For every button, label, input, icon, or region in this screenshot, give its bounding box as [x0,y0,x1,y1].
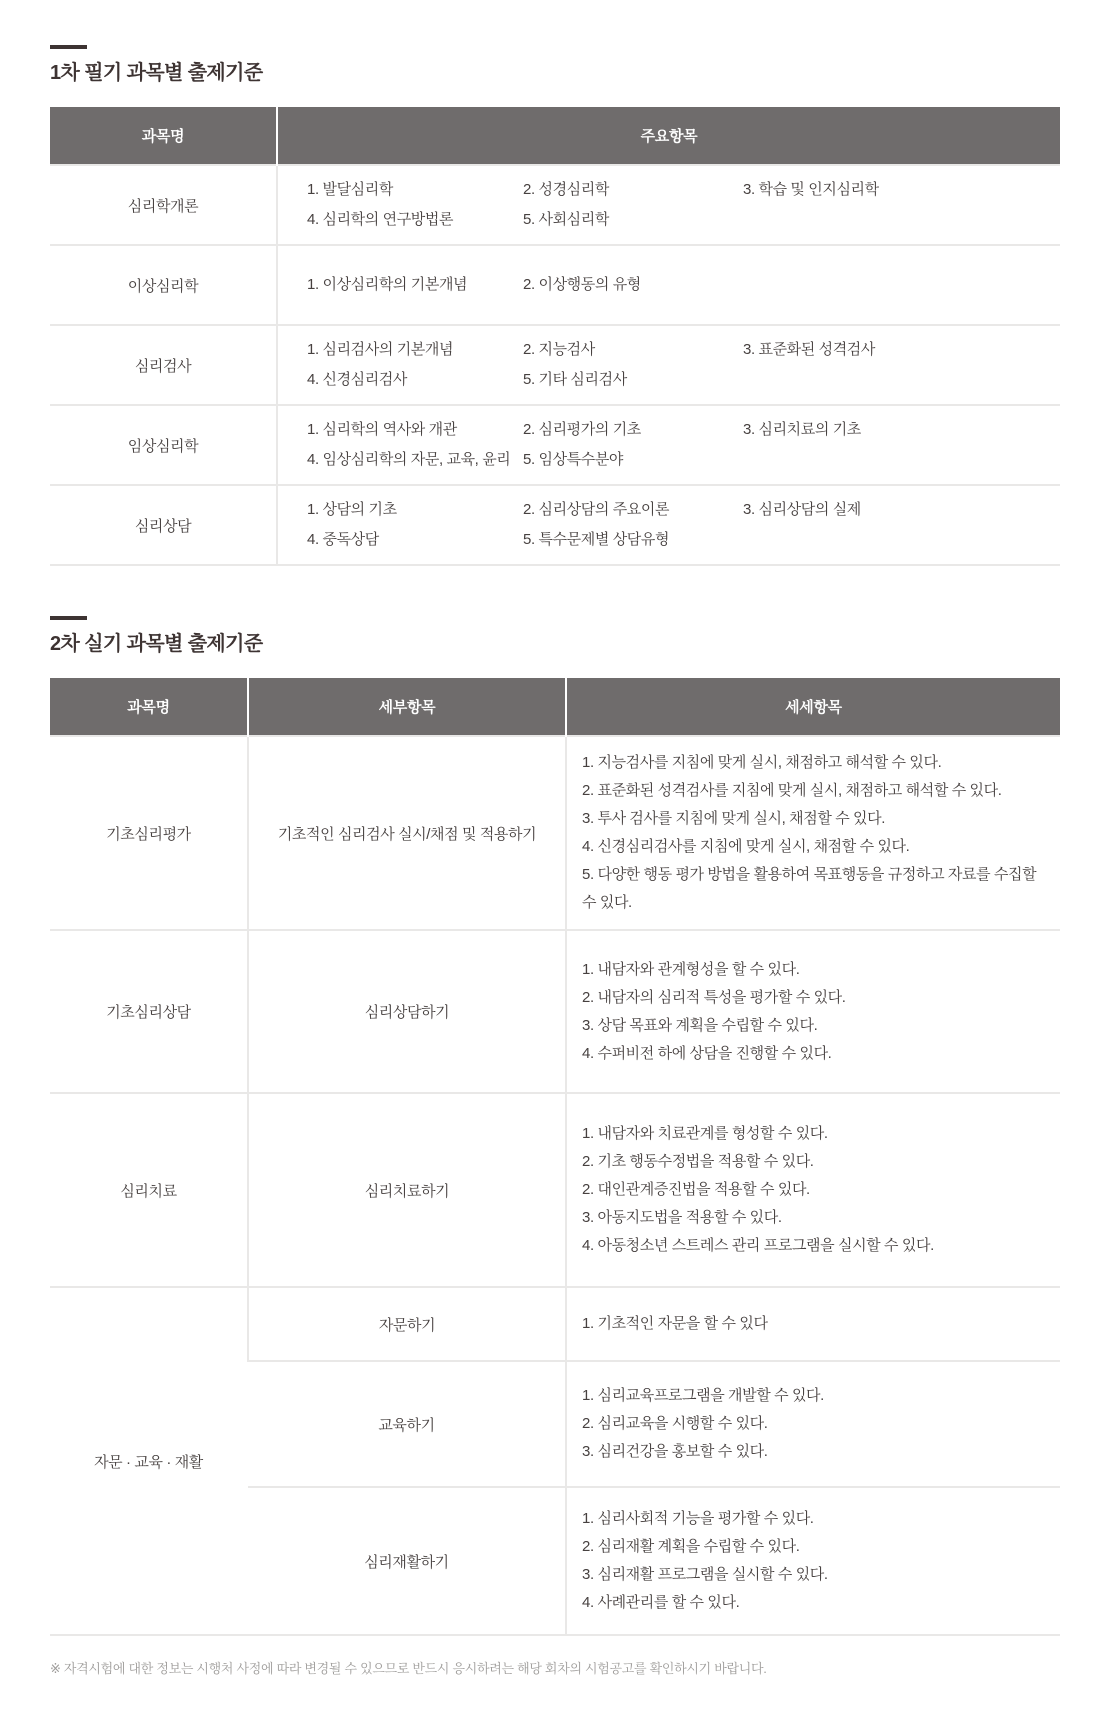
sub-item: 1. 지능검사를 지침에 맞게 실시, 채점하고 해석할 수 있다. [582,749,1050,777]
table-header-row: 과목명 세부항목 세세항목 [50,678,1060,736]
table-row: 자문 · 교육 · 재활 자문하기 1. 기초적인 자문을 할 수 있다 [50,1287,1060,1361]
subject-cell: 기초심리평가 [50,736,248,930]
main-items-cell: 1. 이상심리학의 기본개념 2. 이상행동의 유형 [277,245,1060,325]
sub-item: 2. 심리교육을 시행할 수 있다. [582,1410,1050,1438]
syllabus-item: 5. 임상특수분야 [523,445,743,475]
column-header-detail-items: 세부항목 [248,678,566,736]
main-items-cell: 1. 심리학의 역사와 개관 2. 심리평가의 기초 3. 심리치료의 기초 4… [277,405,1060,485]
subject-cell: 기초심리상담 [50,930,248,1093]
items-grid: 1. 심리학의 역사와 개관 2. 심리평가의 기초 3. 심리치료의 기초 4… [279,415,1059,475]
table-row: 기초심리상담 심리상담하기 1. 내담자와 관계형성을 할 수 있다. 2. 내… [50,930,1060,1093]
sub-item: 4. 사례관리를 할 수 있다. [582,1589,1050,1617]
sub-item: 3. 투사 검사를 지침에 맞게 실시, 채점할 수 있다. [582,805,1050,833]
table-row: 심리학개론 1. 발달심리학 2. 성경심리학 3. 학습 및 인지심리학 4.… [50,165,1060,245]
subject-cell: 임상심리학 [50,405,277,485]
sub-item: 1. 기초적인 자문을 할 수 있다 [582,1310,1050,1338]
column-header-subject: 과목명 [50,107,277,165]
syllabus-item: 1. 심리학의 역사와 개관 [307,415,523,445]
sub-item: 3. 아동지도법을 적용할 수 있다. [582,1204,1050,1232]
subject-cell-merged: 자문 · 교육 · 재활 [50,1287,248,1635]
table-row: 심리검사 1. 심리검사의 기본개념 2. 지능검사 3. 표준화된 성격검사 … [50,325,1060,405]
sub-item: 2. 심리재활 계획을 수립할 수 있다. [582,1533,1050,1561]
detail-item-cell: 심리재활하기 [248,1487,566,1635]
syllabus-item: 1. 발달심리학 [307,175,523,205]
table-row: 심리치료 심리치료하기 1. 내담자와 치료관계를 형성할 수 있다. 2. 기… [50,1093,1060,1287]
sub-item: 2. 대인관계증진법을 적용할 수 있다. [582,1176,1050,1204]
syllabus-item: 1. 심리검사의 기본개념 [307,335,523,365]
main-items-cell: 1. 상담의 기초 2. 심리상담의 주요이론 3. 심리상담의 실제 4. 중… [277,485,1060,565]
items-grid: 1. 이상심리학의 기본개념 2. 이상행동의 유형 [279,270,1059,300]
sub-items-cell: 1. 내담자와 관계형성을 할 수 있다. 2. 내담자의 심리적 특성을 평가… [566,930,1060,1093]
sub-item: 4. 신경심리검사를 지침에 맞게 실시, 채점할 수 있다. [582,833,1050,861]
sub-item: 2. 기초 행동수정법을 적용할 수 있다. [582,1148,1050,1176]
detail-item-cell: 심리상담하기 [248,930,566,1093]
sub-item: 1. 심리교육프로그램을 개발할 수 있다. [582,1382,1050,1410]
sub-item: 1. 내담자와 치료관계를 형성할 수 있다. [582,1120,1050,1148]
syllabus-item: 1. 이상심리학의 기본개념 [307,270,523,300]
syllabus-item: 5. 기타 심리검사 [523,365,743,395]
title-accent-bar [50,616,87,620]
sub-item: 2. 표준화된 성격검사를 지침에 맞게 실시, 채점하고 해석할 수 있다. [582,777,1050,805]
sub-item: 3. 심리재활 프로그램을 실시할 수 있다. [582,1561,1050,1589]
sub-item: 3. 심리건강을 홍보할 수 있다. [582,1438,1050,1466]
detail-item-cell: 자문하기 [248,1287,566,1361]
sub-items-cell: 1. 내담자와 치료관계를 형성할 수 있다. 2. 기초 행동수정법을 적용할… [566,1093,1060,1287]
detail-item-cell: 기초적인 심리검사 실시/채점 및 적용하기 [248,736,566,930]
syllabus-item: 3. 학습 및 인지심리학 [743,175,1059,205]
subject-cell: 심리상담 [50,485,277,565]
table-header-row: 과목명 주요항목 [50,107,1060,165]
section1-title: 1차 필기 과목별 출제기준 [50,61,1060,85]
syllabus-item: 3. 심리상담의 실제 [743,495,1059,525]
sub-item: 5. 다양한 행동 평가 방법을 활용하여 목표행동을 규정하고 자료를 수집할… [582,861,1050,917]
sub-items-cell: 1. 심리사회적 기능을 평가할 수 있다. 2. 심리재활 계획을 수립할 수… [566,1487,1060,1635]
subject-cell: 심리학개론 [50,165,277,245]
main-items-cell: 1. 심리검사의 기본개념 2. 지능검사 3. 표준화된 성격검사 4. 신경… [277,325,1060,405]
syllabus-item: 3. 표준화된 성격검사 [743,335,1059,365]
subject-cell: 심리치료 [50,1093,248,1287]
items-grid: 1. 상담의 기초 2. 심리상담의 주요이론 3. 심리상담의 실제 4. 중… [279,495,1059,555]
title-accent-bar [50,45,87,49]
syllabus-item: 2. 이상행동의 유형 [523,270,743,300]
sub-items-cell: 1. 심리교육프로그램을 개발할 수 있다. 2. 심리교육을 시행할 수 있다… [566,1361,1060,1487]
syllabus-item: 2. 성경심리학 [523,175,743,205]
items-grid: 1. 심리검사의 기본개념 2. 지능검사 3. 표준화된 성격검사 4. 신경… [279,335,1059,395]
syllabus-item: 4. 임상심리학의 자문, 교육, 윤리 [307,445,523,475]
column-header-subject: 과목명 [50,678,248,736]
sub-item: 4. 수퍼비전 하에 상담을 진행할 수 있다. [582,1040,1050,1068]
subject-cell: 심리검사 [50,325,277,405]
syllabus-item: 4. 심리학의 연구방법론 [307,205,523,235]
syllabus-item: 3. 심리치료의 기초 [743,415,1059,445]
sub-items-cell: 1. 기초적인 자문을 할 수 있다 [566,1287,1060,1361]
syllabus-item: 5. 사회심리학 [523,205,743,235]
practical-exam-criteria-table: 과목명 세부항목 세세항목 기초심리평가 기초적인 심리검사 실시/채점 및 적… [50,678,1060,1636]
sub-item: 1. 내담자와 관계형성을 할 수 있다. [582,956,1050,984]
written-exam-criteria-table: 과목명 주요항목 심리학개론 1. 발달심리학 2. 성경심리학 3. 학습 및… [50,107,1060,566]
syllabus-item: 2. 심리평가의 기초 [523,415,743,445]
detail-item-cell: 심리치료하기 [248,1093,566,1287]
exam-criteria-page: 1차 필기 과목별 출제기준 과목명 주요항목 심리학개론 1. 발달심리학 2… [0,0,1100,1730]
syllabus-item: 2. 지능검사 [523,335,743,365]
sub-item: 1. 심리사회적 기능을 평가할 수 있다. [582,1505,1050,1533]
column-header-main-items: 주요항목 [277,107,1060,165]
subject-cell: 이상심리학 [50,245,277,325]
table-row: 기초심리평가 기초적인 심리검사 실시/채점 및 적용하기 1. 지능검사를 지… [50,736,1060,930]
table-row: 이상심리학 1. 이상심리학의 기본개념 2. 이상행동의 유형 [50,245,1060,325]
sub-item: 2. 내담자의 심리적 특성을 평가할 수 있다. [582,984,1050,1012]
sub-items-cell: 1. 지능검사를 지침에 맞게 실시, 채점하고 해석할 수 있다. 2. 표준… [566,736,1060,930]
table-row: 심리상담 1. 상담의 기초 2. 심리상담의 주요이론 3. 심리상담의 실제… [50,485,1060,565]
sub-item: 4. 아동청소년 스트레스 관리 프로그램을 실시할 수 있다. [582,1232,1050,1260]
syllabus-item: 5. 특수문제별 상담유형 [523,525,743,555]
detail-item-cell: 교육하기 [248,1361,566,1487]
sub-item: 3. 상담 목표와 계획을 수립할 수 있다. [582,1012,1050,1040]
syllabus-item: 2. 심리상담의 주요이론 [523,495,743,525]
items-grid: 1. 발달심리학 2. 성경심리학 3. 학습 및 인지심리학 4. 심리학의 … [279,175,1059,235]
syllabus-item: 1. 상담의 기초 [307,495,523,525]
syllabus-item: 4. 중독상담 [307,525,523,555]
main-items-cell: 1. 발달심리학 2. 성경심리학 3. 학습 및 인지심리학 4. 심리학의 … [277,165,1060,245]
section2-title: 2차 실기 과목별 출제기준 [50,632,1060,656]
column-header-sub-items: 세세항목 [566,678,1060,736]
syllabus-item: 4. 신경심리검사 [307,365,523,395]
table-row: 임상심리학 1. 심리학의 역사와 개관 2. 심리평가의 기초 3. 심리치료… [50,405,1060,485]
disclaimer-note: ※ 자격시험에 대한 정보는 시행처 사정에 따라 변경될 수 있으므로 반드시… [50,1658,1060,1677]
